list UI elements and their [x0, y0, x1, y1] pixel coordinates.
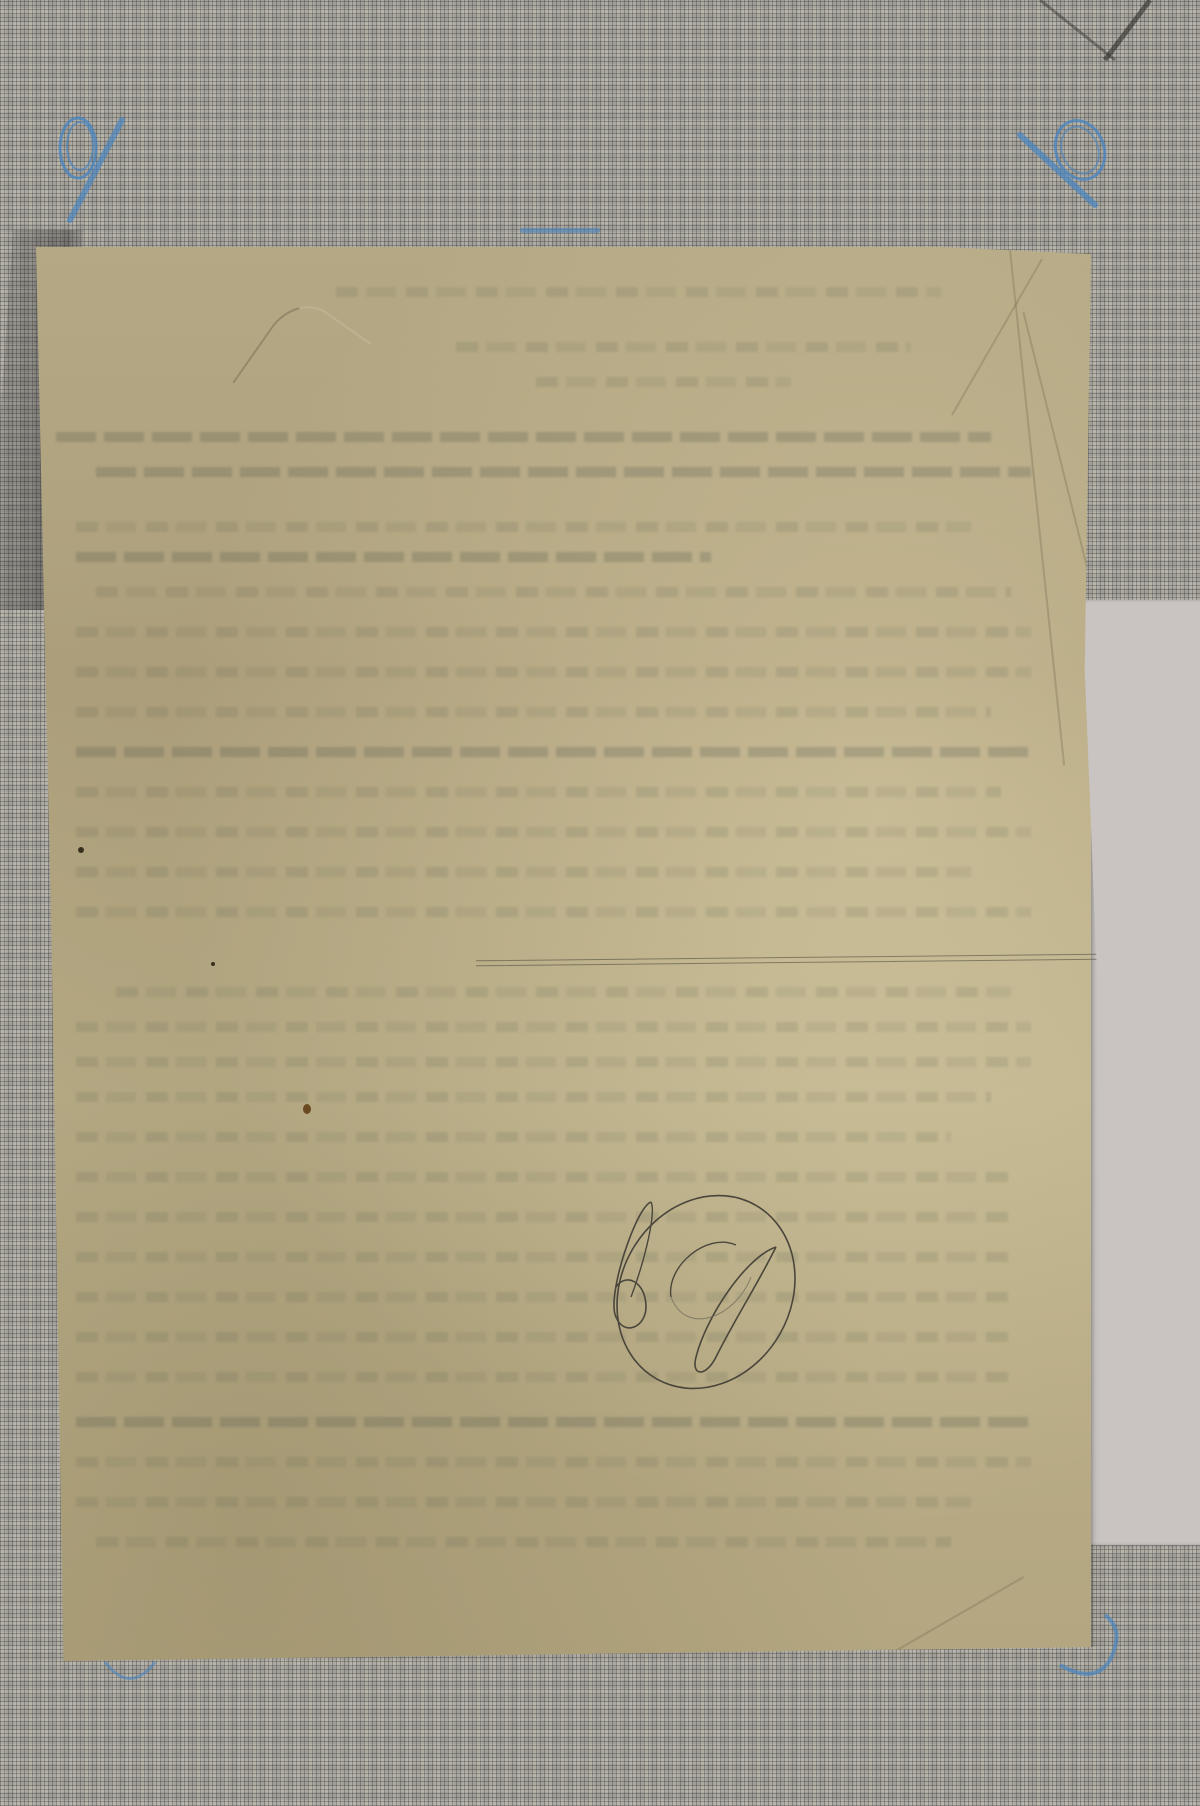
show-through-line: [76, 1022, 1031, 1032]
show-through-line: [76, 1372, 1011, 1382]
pencil-number-60: 60: [576, 1187, 826, 1407]
show-through-line: [76, 1212, 1011, 1222]
show-through-text: illegible mirrored handwriting bleeding …: [36, 247, 37, 248]
show-through-line: [76, 1332, 1011, 1342]
show-through-line: [96, 1537, 951, 1547]
blue-arc-bottom-left: [100, 1660, 160, 1690]
dark-spot: [211, 962, 215, 966]
show-through-line: [76, 1057, 1031, 1067]
show-through-line: [536, 377, 791, 387]
show-through-line: [76, 1457, 1031, 1467]
show-through-line: [76, 1092, 991, 1102]
show-through-line: [76, 907, 1031, 917]
show-through-line: [456, 342, 911, 352]
show-through-line: [96, 587, 1011, 597]
show-through-line: [76, 627, 1031, 637]
horizontal-fold-line: [476, 954, 1106, 967]
show-through-line: [76, 667, 1031, 677]
show-through-line: [76, 747, 1031, 757]
show-through-line: [76, 787, 1001, 797]
aged-paper-sheet: illegible mirrored handwriting bleeding …: [36, 247, 1091, 1661]
show-through-line: [336, 287, 941, 297]
show-through-line: [76, 707, 991, 717]
paper-crease: [1009, 248, 1065, 765]
show-through-line: [76, 552, 711, 562]
show-through-line: [116, 987, 1011, 997]
show-through-line: [76, 1252, 1011, 1262]
show-through-line: [76, 867, 971, 877]
show-through-line: [96, 467, 1031, 477]
show-through-line: [76, 1497, 971, 1507]
show-through-line: [76, 522, 971, 532]
blue-dash-mark: [520, 228, 600, 233]
show-through-line: [76, 1417, 1031, 1427]
white-card-behind: [1075, 600, 1200, 1545]
dark-spot: [78, 847, 84, 853]
blue-mark-10: 10: [1015, 105, 1125, 215]
show-through-line: [76, 1292, 1011, 1302]
show-through-line: [76, 1132, 951, 1142]
blue-mark-9: 9: [40, 100, 130, 230]
graphite-diagonal-lines: [1020, 0, 1200, 90]
brown-spot: [303, 1104, 311, 1114]
show-through-line: [56, 432, 991, 442]
show-through-line: [76, 827, 1031, 837]
paper-tear: [232, 291, 372, 436]
show-through-line: [76, 1172, 1011, 1182]
